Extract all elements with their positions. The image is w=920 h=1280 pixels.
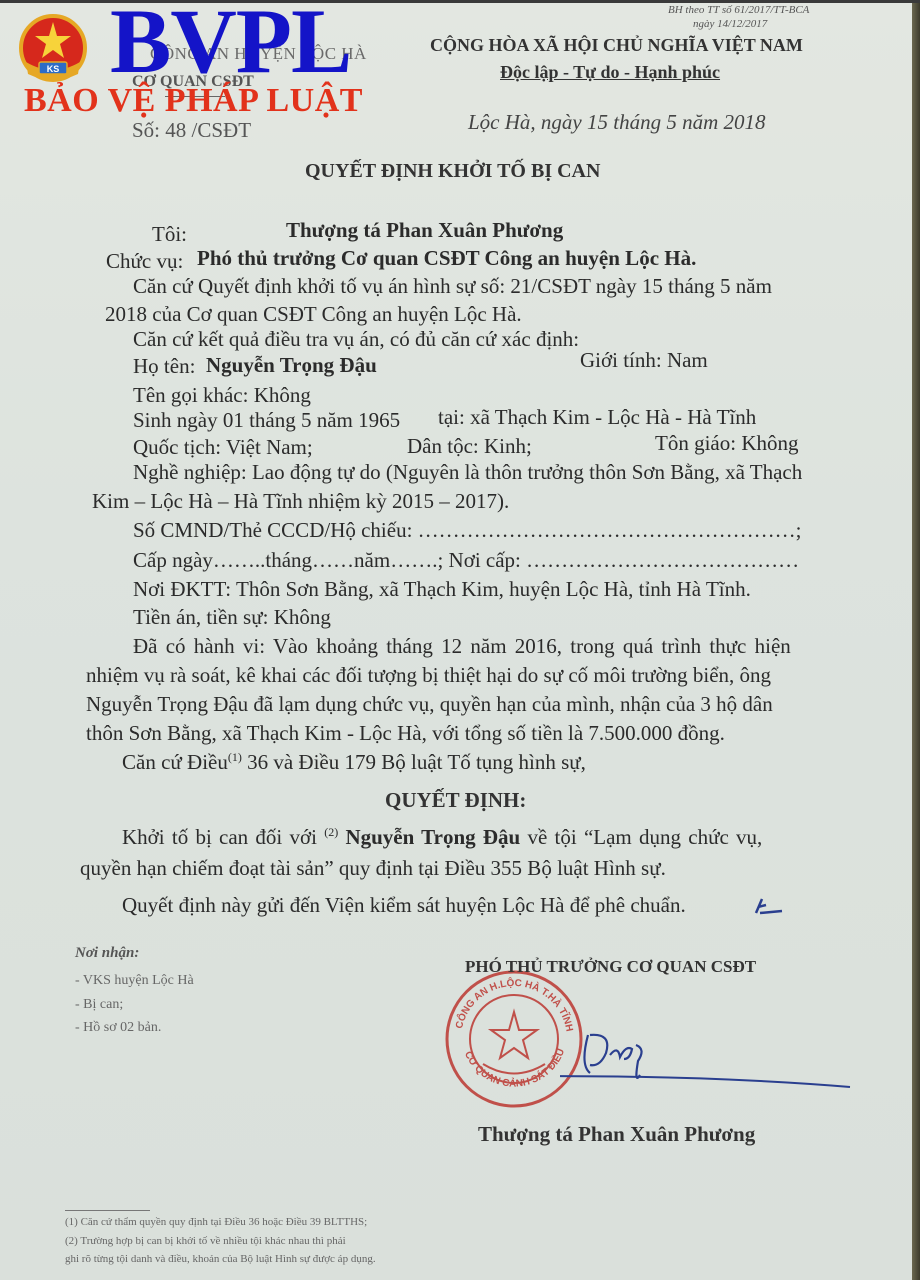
- decision-line: quyền hạn chiếm đoạt tài sản” quy định t…: [80, 856, 666, 881]
- handwritten-signature-icon: [560, 1015, 860, 1095]
- recipient-item: - VKS huyện Lộc Hà: [75, 973, 194, 989]
- brand-logo: BVPL: [110, 0, 351, 94]
- national-motto: Độc lập - Tự do - Hạnh phúc: [500, 62, 720, 83]
- occupation-line: Kim – Lộc Hà – Hà Tĩnh nhiệm kỳ 2015 – 2…: [92, 489, 509, 514]
- form-reference: BH theo TT số 61/2017/TT-BCA: [668, 4, 809, 16]
- footnote: ghi rõ từng tội danh và điều, khoản của …: [65, 1253, 376, 1265]
- birth-date: Sinh ngày 01 tháng 5 năm 1965: [133, 408, 400, 433]
- brand-subtitle: BẢO VỆ PHÁP LUẬT: [24, 82, 363, 120]
- basis-line: Căn cứ kết quả điều tra vụ án, có đủ căn…: [133, 327, 579, 352]
- id-number-field: Số CMND/Thẻ CCCD/Hộ chiếu: ……………………………………: [133, 518, 802, 543]
- footnote-divider: [65, 1210, 150, 1211]
- recipients-heading: Nơi nhận:: [75, 945, 139, 962]
- svg-text:KS: KS: [47, 64, 60, 74]
- footnote: (1) Căn cứ thẩm quyền quy định tại Điều …: [65, 1216, 367, 1228]
- initial-mark-icon: [752, 895, 792, 919]
- religion: Tôn giáo: Không: [655, 431, 798, 456]
- alias: Tên gọi khác: Không: [133, 383, 311, 408]
- gender: Giới tính: Nam: [580, 348, 708, 373]
- signatory-name: Thượng tá Phan Xuân Phương: [478, 1122, 755, 1147]
- fullname-label: Họ tên:: [133, 354, 195, 379]
- act-line: Đã có hành vi: Vào khoảng tháng 12 năm 2…: [133, 634, 791, 659]
- footnote: (2) Trường hợp bị can bị khởi tố về nhiề…: [65, 1235, 346, 1247]
- act-line: thôn Sơn Bằng, xã Thạch Kim - Lộc Hà, vớ…: [86, 721, 725, 746]
- act-line: Nguyễn Trọng Đậu đã lạm dụng chức vụ, qu…: [86, 692, 773, 717]
- page-edge-shadow: [912, 0, 920, 1280]
- recipient-item: - Hồ sơ 02 bản.: [75, 1020, 161, 1036]
- vietnam-emblem-icon: KS: [12, 12, 94, 90]
- document-title: QUYẾT ĐỊNH KHỞI TỐ BỊ CAN: [305, 160, 600, 183]
- issuer-label: Tôi:: [152, 222, 187, 247]
- nationality: Quốc tịch: Việt Nam;: [133, 435, 313, 460]
- position-label: Chức vụ:: [106, 249, 183, 274]
- position-value: Phó thủ trưởng Cơ quan CSĐT Công an huyệ…: [197, 246, 696, 271]
- ethnicity: Dân tộc: Kinh;: [407, 434, 532, 459]
- criminal-record: Tiền án, tiền sự: Không: [133, 605, 331, 630]
- residence: Nơi ĐKTT: Thôn Sơn Bằng, xã Thạch Kim, h…: [133, 577, 751, 602]
- recipient-item: - Bị can;: [75, 997, 123, 1013]
- fullname-value: Nguyễn Trọng Đậu: [206, 353, 377, 378]
- forward-line: Quyết định này gửi đến Viện kiểm sát huy…: [122, 893, 686, 918]
- signatory-title: PHÓ THỦ TRƯỞNG CƠ QUAN CSĐT: [465, 957, 756, 977]
- national-title: CỘNG HÒA XÃ HỘI CHỦ NGHĨA VIỆT NAM: [430, 35, 803, 56]
- document-number: Số: 48 /CSĐT: [132, 118, 251, 143]
- basis-line: Căn cứ Quyết định khởi tố vụ án hình sự …: [133, 274, 772, 299]
- form-reference-date: ngày 14/12/2017: [693, 18, 767, 30]
- legal-basis: Căn cứ Điều(1) 36 và Điều 179 Bộ luật Tố…: [122, 750, 586, 775]
- issuer-name: Thượng tá Phan Xuân Phương: [286, 218, 563, 243]
- occupation-line: Nghề nghiệp: Lao động tự do (Nguyên là t…: [133, 460, 802, 485]
- birth-place: tại: xã Thạch Kim - Lộc Hà - Hà Tĩnh: [438, 405, 756, 430]
- decision-line: Khởi tố bị can đối với (2) Nguyễn Trọng …: [122, 825, 762, 850]
- place-date: Lộc Hà, ngày 15 tháng 5 năm 2018: [468, 110, 766, 135]
- act-line: nhiệm vụ rà soát, kê khai các đối tượng …: [86, 663, 771, 688]
- id-issue-field: Cấp ngày……..tháng……năm…….; Nơi cấp: ……………: [133, 548, 799, 573]
- decision-heading: QUYẾT ĐỊNH:: [385, 788, 526, 813]
- basis-line: 2018 của Cơ quan CSĐT Công an huyện Lộc …: [105, 302, 522, 327]
